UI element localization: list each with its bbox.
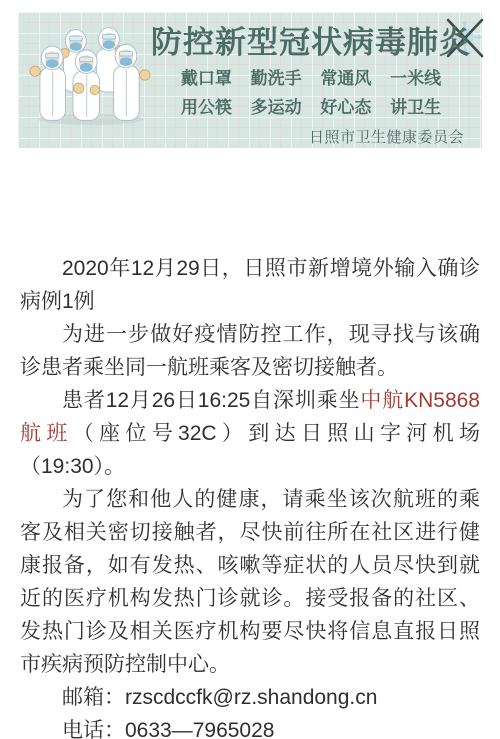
slogan-exercise-more: 多运动 — [251, 98, 302, 117]
banner-title: 防控新型冠状病毒肺炎 — [150, 24, 472, 62]
medical-workers-illustration — [28, 22, 152, 126]
notice-paragraph-purpose: 为进一步做好疫情防控工作，现寻找与该确诊患者乘坐同一航班乘客及密切接触者。 — [20, 318, 480, 384]
slogan-wear-mask: 戴口罩 — [181, 69, 232, 88]
slogan-one-meter-line: 一米线 — [390, 69, 441, 88]
notice-paragraph-new-case: 2020年12月29日，日照市新增境外输入确诊病例1例 — [20, 252, 480, 318]
phone-label: 电话： — [62, 719, 125, 739]
notice-paragraph-flight: 患者12月26日16:25自深圳乘坐中航KN5868航班（座位号32C）到达日照… — [20, 384, 480, 483]
slogan-good-hygiene: 讲卫生 — [390, 98, 441, 117]
flight-info-before: 患者12月26日16:25自深圳乘坐 — [62, 389, 360, 412]
notice-paragraph-instructions: 为了您和他人的健康，请乘坐该次航班的乘客及相关密切接触者，尽快前往所在社区进行健… — [20, 483, 480, 681]
contact-email-line: 邮箱：rzscdccfk@rz.shandong.cn — [20, 681, 480, 714]
slogan-serving-chopsticks: 用公筷 — [181, 98, 232, 117]
medic-figure — [30, 46, 65, 120]
email-label: 邮箱： — [62, 686, 125, 709]
phone-number: 0633—7965028 — [125, 719, 274, 739]
medic-figure — [114, 44, 150, 120]
slogan-good-mindset: 好心态 — [320, 98, 371, 117]
medic-figure — [73, 50, 99, 120]
flight-info-after: （座位号32C）到达日照山字河机场（19:30）。 — [20, 422, 480, 478]
issuer-name: 日照市卫生健康委员会 — [150, 126, 472, 147]
slogan-ventilate: 常通风 — [320, 69, 371, 88]
slogan-row-2: 用公筷 多运动 好心态 讲卫生 — [150, 95, 472, 120]
slogan-row-1: 戴口罩 勤洗手 常通风 一米线 — [150, 66, 472, 91]
contact-phone-line: 电话：0633—7965028 — [20, 714, 480, 739]
slogan-wash-hands: 勤洗手 — [251, 69, 302, 88]
campaign-banner: 防控新型冠状病毒肺炎 戴口罩 勤洗手 常通风 一米线 用公筷 多运动 好心态 讲… — [18, 12, 482, 148]
notice-body: 2020年12月29日，日照市新增境外输入确诊病例1例 为进一步做好疫情防控工作… — [0, 148, 500, 739]
email-address: rzscdccfk@rz.shandong.cn — [125, 686, 377, 709]
